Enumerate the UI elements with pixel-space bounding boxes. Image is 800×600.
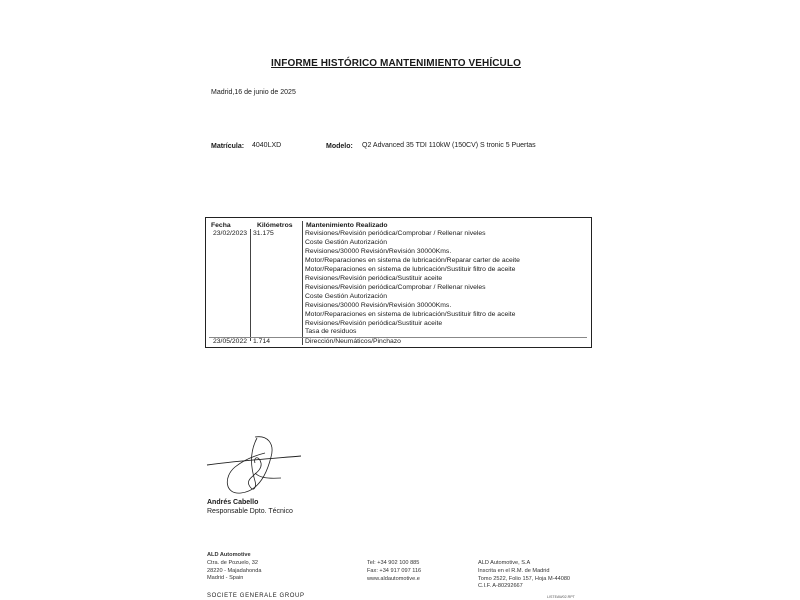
- footer-legal-line: Tomo 2522, Folio 157, Hoja M-44080: [478, 576, 570, 584]
- report-date: Madrid,16 de junio de 2025: [211, 89, 296, 96]
- maintenance-item: Coste Gestión Autorización: [305, 293, 387, 300]
- report-title: INFORME HISTÓRICO MANTENIMIENTO VEHÍCULO: [0, 58, 792, 69]
- group-name: SOCIETE GENERALE GROUP: [207, 593, 305, 599]
- maintenance-table: Fecha Kilómetros Mantenimiento Realizado…: [205, 217, 592, 348]
- document-code: LISTEAW02.RPT: [547, 595, 575, 599]
- header-work: Mantenimiento Realizado: [306, 222, 388, 229]
- footer-legal-line: Inscrita en el R.M. de Madrid: [478, 568, 570, 576]
- maintenance-item: Revisiones/Revisión periódica/Comprobar …: [305, 230, 486, 237]
- maintenance-item: Coste Gestión Autorización: [305, 239, 387, 246]
- maintenance-item: Revisiones/30000 Revisión/Revisión 30000…: [305, 302, 451, 309]
- footer-company: ALD Automotive: [207, 552, 261, 560]
- footer-legal-line: C.I.F. A-80292667: [478, 583, 570, 591]
- maintenance-item: Motor/Reparaciones en sistema de lubrica…: [305, 266, 515, 273]
- header-km: Kilómetros: [257, 222, 293, 229]
- row-km: 31.175: [253, 230, 274, 237]
- maintenance-item: Motor/Reparaciones en sistema de lubrica…: [305, 311, 515, 318]
- maintenance-item: Revisiones/Revisión periódica/Sustituir …: [305, 275, 442, 282]
- model-label: Modelo:: [326, 143, 353, 150]
- plate-label: Matrícula:: [211, 143, 244, 150]
- row-date: 23/02/2023: [213, 230, 247, 237]
- row-date: 23/05/2022: [213, 338, 247, 345]
- header-date: Fecha: [211, 222, 231, 229]
- footer-website[interactable]: www.aldautomotive.e: [367, 576, 421, 584]
- footer-fax: Fax: +34 917 097 116: [367, 568, 421, 576]
- maintenance-item: Revisiones/Revisión periódica/Comprobar …: [305, 284, 486, 291]
- column-divider: [302, 221, 303, 345]
- signatory-name: Andrés Cabello: [207, 499, 258, 506]
- column-divider: [250, 229, 251, 341]
- footer-address-block: ALD Automotive Ctra. de Pozuelo, 32 2822…: [207, 552, 261, 583]
- footer-contact-block: Tel: +34 902 100 885 Fax: +34 917 097 11…: [367, 560, 421, 583]
- footer-legal-line: ALD Automotive, S.A: [478, 560, 570, 568]
- footer-address-line: 28220 - Majadahonda: [207, 568, 261, 576]
- maintenance-item: Dirección/Neumáticos/Pinchazo: [305, 338, 401, 345]
- footer-legal-block: ALD Automotive, S.A Inscrita en el R.M. …: [478, 560, 570, 591]
- maintenance-item: Motor/Reparaciones en sistema de lubrica…: [305, 257, 520, 264]
- signature-icon: [205, 433, 305, 498]
- model-value: Q2 Advanced 35 TDI 110kW (150CV) S troni…: [362, 142, 536, 149]
- signatory-role: Responsable Dpto. Técnico: [207, 508, 293, 515]
- footer-phone: Tel: +34 902 100 885: [367, 560, 421, 568]
- maintenance-item: Tasa de residuos: [305, 328, 356, 335]
- footer-address-line: Ctra. de Pozuelo, 32: [207, 560, 261, 568]
- footer-address-line: Madrid - Spain: [207, 575, 261, 583]
- maintenance-item: Revisiones/Revisión periódica/Sustituir …: [305, 320, 442, 327]
- row-km: 1.714: [253, 338, 270, 345]
- maintenance-item: Revisiones/30000 Revisión/Revisión 30000…: [305, 248, 451, 255]
- plate-value: 4040LXD: [252, 142, 281, 149]
